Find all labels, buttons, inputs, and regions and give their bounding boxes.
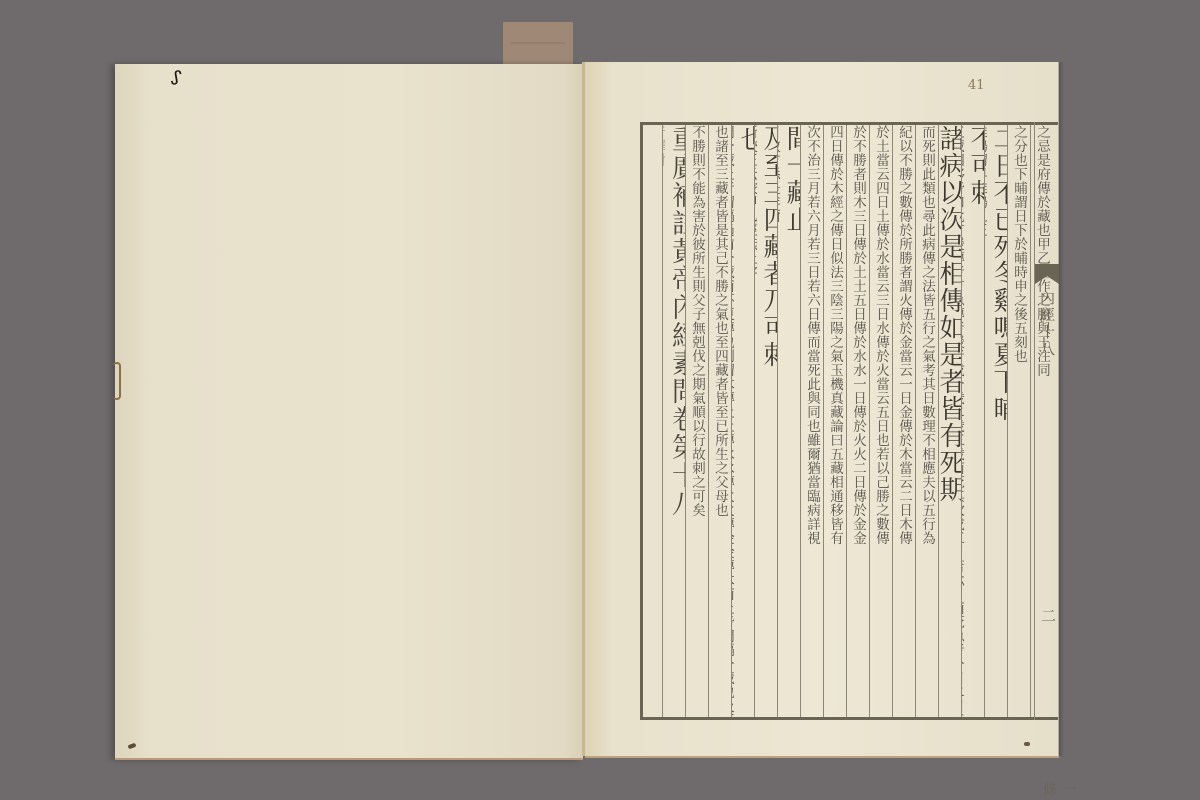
text-column: 於土當云四日土傳於水當云三日水傳於火當云五日也若以己勝之數傳 (869, 125, 892, 717)
main-text: 不可刺 (964, 125, 984, 717)
binding-thread (113, 362, 121, 400)
banxin-title: 內經十八 (1037, 290, 1058, 358)
commentary-text: 而死則此類也尋此病傳之法皆五行之氣考其日數理不相應夫以五行為 (919, 125, 935, 717)
main-text: 二日不已死冬雞鳴夏下晡 (987, 125, 1007, 717)
text-column: 於不勝者則木三日傳於土土五日傳於水水一日傳於火火二日傳於金金 (846, 125, 869, 717)
banxin-bottom-text: 一條 (1039, 782, 1079, 796)
text-column: 也間一藏止者謂隔過前一藏而不更傳也則謂木傳土土傳水水傳火火傳金金傳木而止皆間隔一… (731, 125, 754, 717)
text-column: 諸病以次是相傳如是者皆有死期 (938, 125, 961, 717)
main-text: 間一藏止 (780, 125, 800, 717)
text-column: 次不治三月若六月若三日若六日傳而當死此與同也雖爾猶當臨病詳視 (800, 125, 823, 717)
commentary-text: 紀以不勝之數傳於所勝者謂火傳於金當云一日金傳於木當云二日木傳 (896, 125, 912, 717)
commentary-text: 之分也下晡謂日下於晡時申之後五刻也 (1011, 125, 1027, 717)
text-column: 及至三四藏者乃可刺新校正云按甲乙經無止字 (754, 125, 777, 717)
frame-bottom-border (640, 717, 1058, 720)
commentary-text: 不勝則不能為害於彼所生則父子無剋伐之期氣順以行故刺之可矣 (689, 125, 705, 717)
text-column: 之分也下晡謂日下於晡時申之後五刻也 (1007, 125, 1030, 717)
main-text: 也 (734, 125, 754, 717)
banxin-leaf-number: 二 (1038, 608, 1059, 623)
left-page (115, 64, 583, 760)
pencil-page-number: 41 (968, 78, 985, 93)
commentary-text: 於土當云四日土傳於水當云三日水傳於火當云五日也若以己勝之數傳 (873, 125, 889, 717)
commentary-text: 也諸至三藏者皆是其己不勝之氣也至四藏者皆至已所生之父母也 (712, 125, 728, 717)
commentary-text: 於不勝者則木三日傳於土土五日傳於水水一日傳於火火二日傳於金金 (850, 125, 866, 717)
text-columns: 之忌是府傳於藏也甲乙經作之腑與王注同之分也下晡謂日下於晡時申之後五刻也二日不已死… (643, 125, 1053, 717)
text-column: 四日傳於木經之傳日似法三陰三陽之氣玉機真藏論曰五藏相通移皆有 (823, 125, 846, 717)
stamp-line (511, 42, 565, 44)
commentary-text: 次不治三月若六月若三日若六日傳而當死此與同也雖爾猶當臨病詳視 (804, 125, 820, 717)
commentary-text: 四日傳於木經之傳日似法三陰三陽之氣玉機真藏論曰五藏相通移皆有 (827, 125, 843, 717)
text-column: 間一藏止日數方悉是非爾 (777, 125, 800, 717)
text-column: 不可刺五藏相移皆如此有緩傳者有急傳者緩者或一歲二歲三歲而死其次或三月若六月而死急… (961, 125, 984, 717)
text-column: 也諸至三藏者皆是其己不勝之氣也至四藏者皆至已所生之父母也 (708, 125, 731, 717)
volume-title-column: 重廣補註黃帝內經素問卷第十八音釋附 (662, 125, 685, 717)
volume-title: 重廣補註黃帝內經素問卷第十八 (665, 125, 685, 717)
text-column: 二日不已死冬雞鳴夏下晡雞鳴謂早雞鳴丑正 (984, 125, 1007, 717)
text-column: 不勝則不能為害於彼所生則父子無剋伐之期氣順以行故刺之可矣 (685, 125, 708, 717)
text-column: 紀以不勝之數傳於所勝者謂火傳於金當云一日金傳於木當云二日木傳 (892, 125, 915, 717)
banxin-center-column: 內經十八 二 一條 (1034, 122, 1059, 720)
fish-tail-mark-icon (1035, 264, 1059, 284)
ink-smudge (1024, 742, 1030, 746)
text-column: 而死則此類也尋此病傳之法皆五行之氣考其日數理不相應夫以五行為 (915, 125, 938, 717)
main-text: 諸病以次是相傳如是者皆有死期 (938, 125, 961, 717)
main-text: 及至三四藏者乃可刺 (757, 125, 777, 717)
